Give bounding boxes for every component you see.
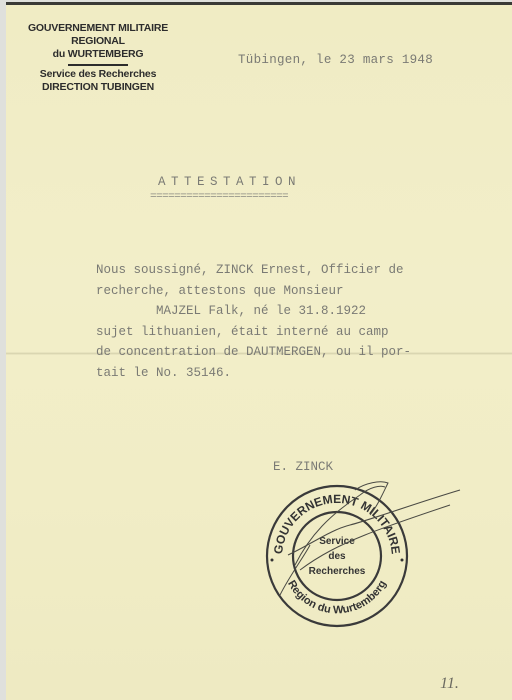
page-mark: 11. (440, 675, 459, 693)
handwritten-signature (270, 475, 470, 595)
letterhead: GOUVERNEMENT MILITAIRE REGIONAL du WURTE… (8, 22, 188, 94)
letterhead-line-2: du WURTEMBERG (8, 48, 188, 61)
title-underline: ======================= (150, 191, 288, 203)
letterhead-line-4: DIRECTION TUBINGEN (8, 81, 188, 94)
body-line-3: MAJZEL Falk, né le 31.8.1922 (96, 301, 411, 322)
letterhead-line-1: GOUVERNEMENT MILITAIRE REGIONAL (8, 22, 188, 48)
body-line-4: sujet lithuanien, était interné au camp (96, 322, 411, 343)
body-line-6: tait le No. 35146. (96, 363, 411, 384)
letterhead-line-3: Service des Recherches (8, 68, 188, 81)
body-line-1: Nous soussigné, ZINCK Ernest, Officier d… (96, 260, 411, 281)
attestation-body: Nous soussigné, ZINCK Ernest, Officier d… (96, 260, 411, 383)
signature-name: E. ZINCK (273, 460, 333, 474)
dateline: Tübingen, le 23 mars 1948 (238, 53, 433, 67)
letterhead-rule (68, 64, 128, 66)
document-title: ATTESTATION (158, 175, 301, 189)
body-line-5: de concentration de DAUTMERGEN, ou il po… (96, 342, 411, 363)
body-line-2: recherche, attestons que Monsieur (96, 281, 411, 302)
